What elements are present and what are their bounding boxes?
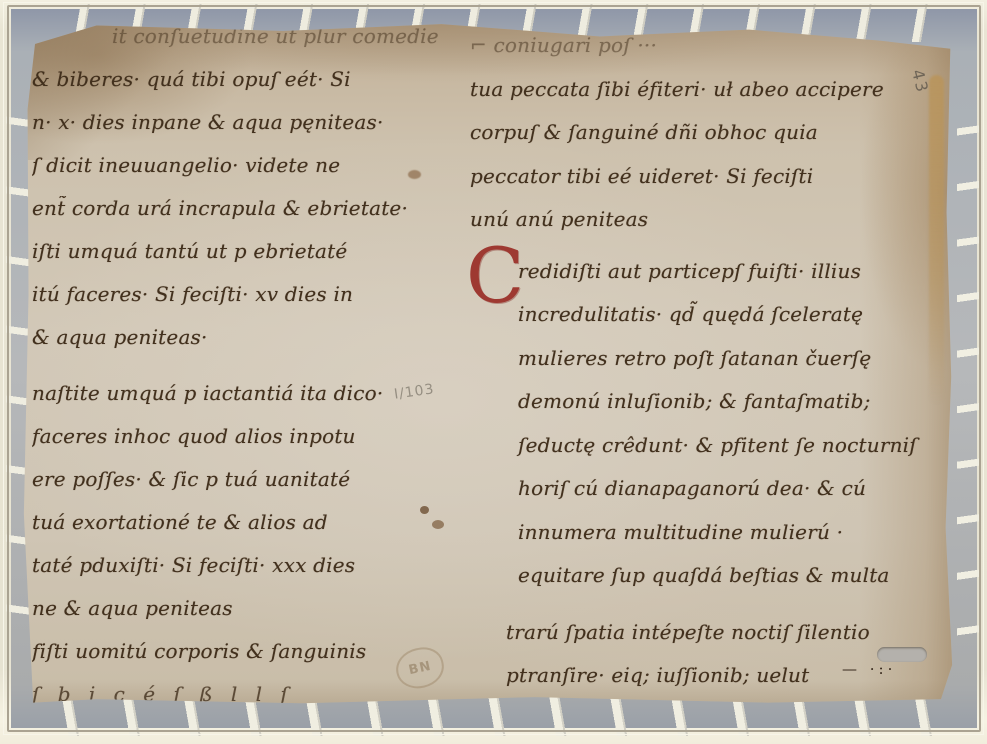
manuscript-line: innumera multitudine mulierú · — [470, 511, 948, 555]
parchment-leaf: — ·:· it conſuetudine ut plur comedie & … — [22, 20, 954, 706]
manuscript-line: unú anú peniteas — [470, 198, 948, 242]
manuscript-line: n· x· dies inpane & aqua pęniteas· — [32, 110, 464, 153]
manuscript-line-text: redidiſti aut particepſ fuiſti· illius — [518, 259, 861, 283]
manuscript-line: & aqua peniteas· — [32, 325, 464, 368]
manuscript-line: corpuſ & ſanguiné dñi obhoc quia — [470, 111, 948, 155]
manuscript-line: peccator tibi eé uideret· Si feciſti — [470, 155, 948, 199]
manuscript-line: equitare ſup quaſdá beſtias & multa — [470, 554, 948, 598]
manuscript-line: iſti umquá tantú ut p ebrietaté — [32, 239, 464, 282]
rubricated-initial-c: C — [470, 250, 524, 294]
manuscript-line: Credidiſti aut particepſ fuiſti· illius — [470, 250, 948, 294]
manuscript-line: trarú ſpatia intépeſte noctiſ ſilentio — [470, 611, 948, 655]
manuscript-photo: — ·:· it conſuetudine ut plur comedie & … — [0, 0, 987, 744]
manuscript-line: ſ dicit ineuuangelio· videte ne — [32, 153, 464, 196]
manuscript-line: demonú inluſionib; & fantaſmatib; — [470, 380, 948, 424]
left-text-column: it conſuetudine ut plur comedie & bibere… — [32, 24, 464, 725]
manuscript-line: tuá exortationé te & alios ad — [32, 510, 464, 553]
manuscript-line: mulieres retro poſt ſatanan čuerſę — [470, 337, 948, 381]
manuscript-line: faceres inhoc quod alios inpotu — [32, 424, 464, 467]
manuscript-line: incredulitatis· qd̃ quędá ſceleratę — [470, 293, 948, 337]
manuscript-line: itú faceres· Si feciſti· xv dies in — [32, 282, 464, 325]
manuscript-line: ſeductę crêdunt· & pfitent ſe nocturniſ — [470, 424, 948, 468]
manuscript-line: it conſuetudine ut plur comedie — [32, 24, 464, 67]
manuscript-line: ne & aqua peniteas — [32, 596, 464, 639]
right-text-column: ⌐ coniugari poſ ··· tua peccata ſibi éfi… — [470, 24, 948, 741]
manuscript-line: tua peccata ſibi éfiteri· uł abeo accipe… — [470, 68, 948, 112]
bn-stamp-letters: BN — [407, 658, 432, 677]
manuscript-line: & biberes· quá tibi opuſ eét· Si — [32, 67, 464, 110]
manuscript-line: ent̃ corda urá incrapula & ebrietate· — [32, 196, 464, 239]
manuscript-line: ere poſſes· & ſic p tuá uanitaté — [32, 467, 464, 510]
manuscript-line: ptranſire· eiq; iuſſionib; uelut — [470, 654, 948, 698]
manuscript-line: taté pduxiſti· Si feciſti· xxx dies — [32, 553, 464, 596]
manuscript-line: horiſ cú dianapaganorú dea· & cú — [470, 467, 948, 511]
